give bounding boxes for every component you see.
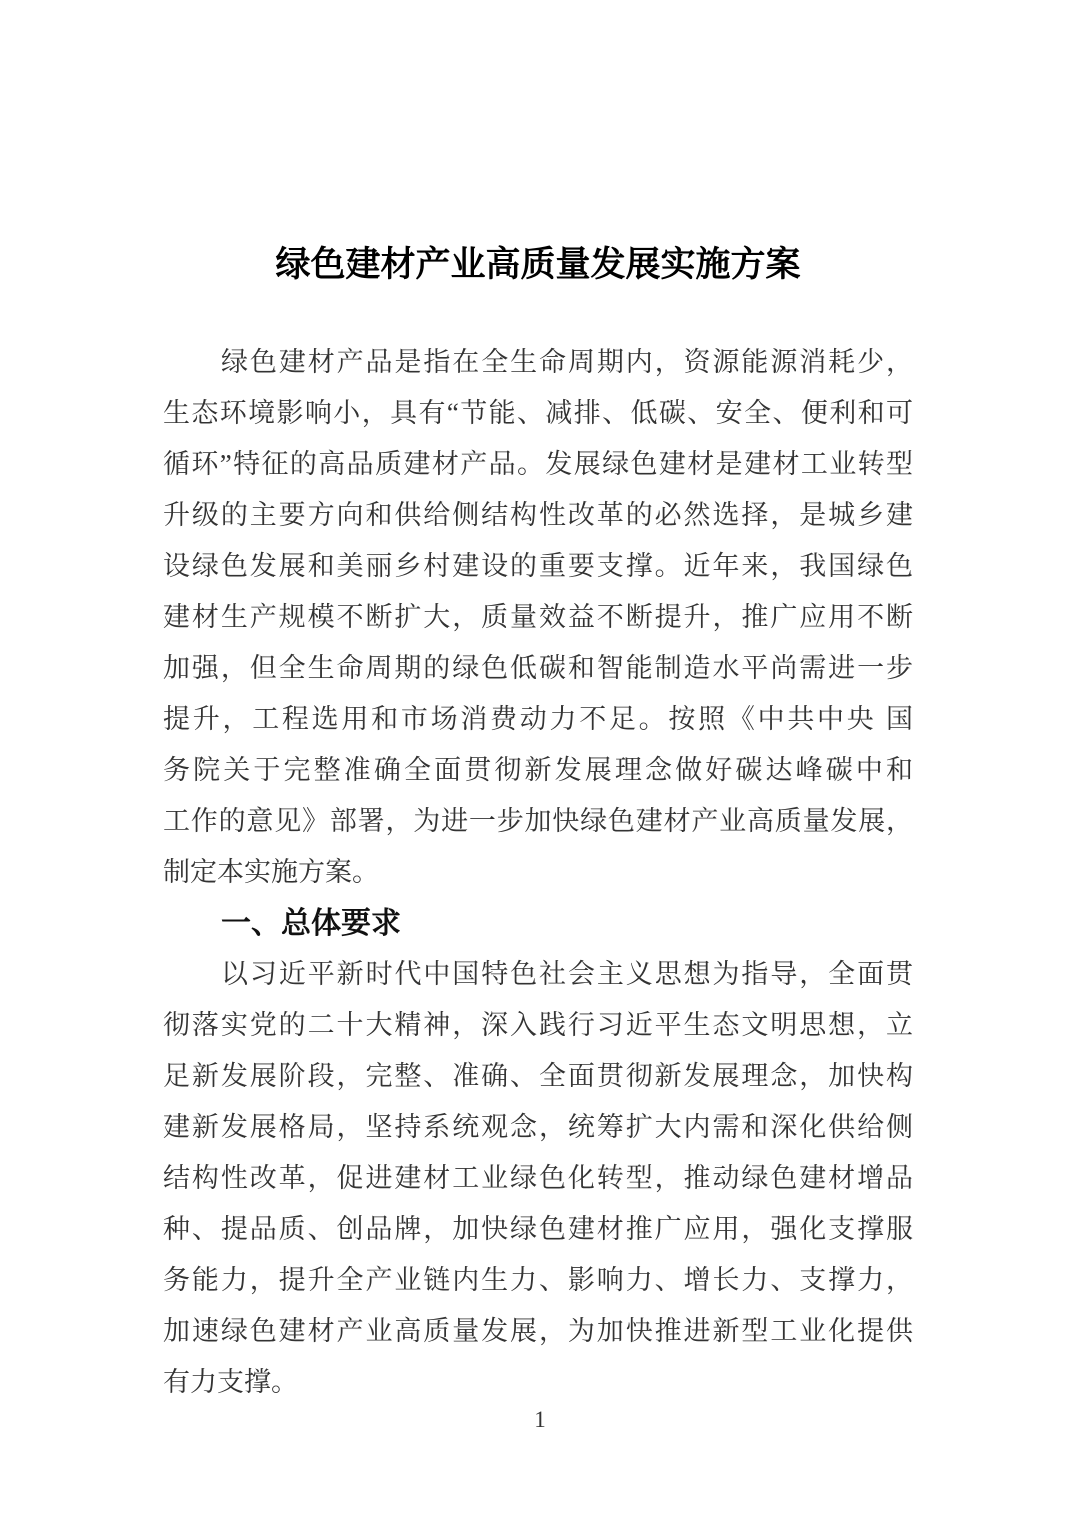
text-line: 升级的主要方向和供给侧结构性改革的必然选择，是城乡建 [163, 490, 913, 541]
text-line: 制定本实施方案。 [163, 847, 913, 898]
text-line: 务院关于完整准确全面贯彻新发展理念做好碳达峰碳中和 [163, 745, 913, 796]
text-line: 结构性改革，促进建材工业绿色化转型，推动绿色建材增品 [163, 1153, 913, 1204]
text-line: 务能力，提升全产业链内生力、影响力、增长力、支撑力， [163, 1255, 913, 1306]
text-line: 提升，工程选用和市场消费动力不足。按照《中共中央 国 [163, 694, 913, 745]
text-line: 有力支撑。 [163, 1357, 913, 1408]
section-1-paragraph: 以习近平新时代中国特色社会主义思想为指导，全面贯彻落实党的二十大精神，深入践行习… [163, 949, 913, 1408]
text-line: 种、提品质、创品牌，加快绿色建材推广应用，强化支撑服 [163, 1204, 913, 1255]
text-line: 加强，但全生命周期的绿色低碳和智能制造水平尚需进一步 [163, 643, 913, 694]
section-1-heading: 一、总体要求 [163, 898, 913, 949]
text-line: 彻落实党的二十大精神，深入践行习近平生态文明思想，立 [163, 1000, 913, 1051]
page-number: 1 [0, 1405, 1080, 1435]
text-line: 加速绿色建材产业高质量发展，为加快推进新型工业化提供 [163, 1306, 913, 1357]
document-page: 绿色建材产业高质量发展实施方案 绿色建材产品是指在全生命周期内，资源能源消耗少，… [0, 0, 1080, 1527]
text-line: 设绿色发展和美丽乡村建设的重要支撑。近年来，我国绿色 [163, 541, 913, 592]
text-line: 足新发展阶段，完整、准确、全面贯彻新发展理念，加快构 [163, 1051, 913, 1102]
document-title: 绿色建材产业高质量发展实施方案 [163, 242, 913, 288]
text-line: 绿色建材产品是指在全生命周期内，资源能源消耗少， [163, 337, 913, 388]
document-body: 绿色建材产品是指在全生命周期内，资源能源消耗少，生态环境影响小，具有“节能、减排… [163, 337, 913, 1408]
text-line: 工作的意见》部署，为进一步加快绿色建材产业高质量发展， [163, 796, 913, 847]
text-line: 建材生产规模不断扩大，质量效益不断提升，推广应用不断 [163, 592, 913, 643]
intro-paragraph: 绿色建材产品是指在全生命周期内，资源能源消耗少，生态环境影响小，具有“节能、减排… [163, 337, 913, 898]
text-line: 循环”特征的高品质建材产品。发展绿色建材是建材工业转型 [163, 439, 913, 490]
text-line: 建新发展格局，坚持系统观念，统筹扩大内需和深化供给侧 [163, 1102, 913, 1153]
text-line: 生态环境影响小，具有“节能、减排、低碳、安全、便利和可 [163, 388, 913, 439]
text-line: 以习近平新时代中国特色社会主义思想为指导，全面贯 [163, 949, 913, 1000]
